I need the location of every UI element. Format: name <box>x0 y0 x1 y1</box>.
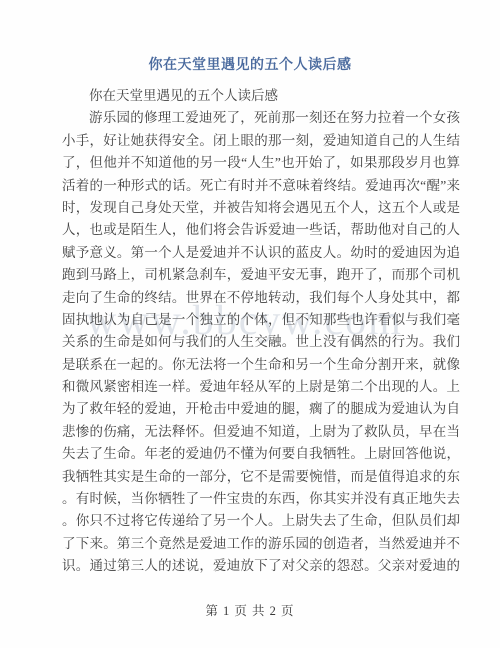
document-page: www.bbcyw.com 你在天堂里遇见的五个人读后感 你在天堂里遇见的五个人… <box>0 0 500 648</box>
body-line: 你在天堂里遇见的五个人读后感 <box>62 85 460 107</box>
body-line: 固执地认为自己是一个独立的个体，但不知那些也许看似与我们毫无 <box>62 309 460 331</box>
page-number-text: 第 1 页 共 2 页 <box>205 604 294 618</box>
body-line: 关系的生命是如何与我们的人生交融。世上没有偶然的行为。我们都 <box>62 331 460 353</box>
body-line: 。有时候，当你牺牲了一件宝贵的东西，你其实并没有真正地失去它 <box>62 488 460 510</box>
document-title: 你在天堂里遇见的五个人读后感 <box>0 54 500 74</box>
body-line: 跑到马路上，司机紧急刹车，爱迪平安无事，跑开了，而那个司机却 <box>62 264 460 286</box>
body-line: 人，也或是陌生人，他们将会告诉爱迪一些话，帮助他对自己的人生 <box>62 219 460 241</box>
body-line: 为了救年轻的爱迪，开枪击中爱迪的腿，瘸了的腿成为爱迪认为自己 <box>62 398 460 420</box>
body-line: 走向了生命的终结。世界在不停地转动，我们每个人身处其中，都曾 <box>62 287 460 309</box>
body-line: 我牺牲其实是生命的一部分，它不是需要惋惜，而是值得追求的东西 <box>62 466 460 488</box>
body-line: 。你只不过将它传递给了另一个人。上尉失去了生命，但队员们却活 <box>62 510 460 532</box>
body-line: 活着的一种形式的话。死亡有时并不意味着终结。爱迪再次“醒”来 <box>62 175 460 197</box>
document-body: 你在天堂里遇见的五个人读后感 游乐园的修理工爱迪死了，死前那一刻还在努力拉着一个… <box>62 85 460 578</box>
page-footer: 第 1 页 共 2 页 <box>0 601 500 619</box>
body-line: 失去了生命。年老的爱迪仍不懂为何要自我牺牲。上尉回答他说，自 <box>62 443 460 465</box>
body-line: 了，但他并不知道他的另一段“人生”也开始了，如果那段岁月也算 <box>62 152 460 174</box>
body-line: 悲惨的伤痛，无法释怀。但爱迪不知道，上尉为了救队员，早在当年 <box>62 421 460 443</box>
body-line: 时，发现自己身处天堂，并被告知将会遇见五个人，这五个人或是熟 <box>62 197 460 219</box>
body-line: 和微风紧密相连一样。爱迪年轻从军的上尉是第二个出现的人。上尉 <box>62 376 460 398</box>
body-line: 游乐园的修理工爱迪死了，死前那一刻还在努力拉着一个女孩的 <box>62 107 460 129</box>
body-line: 了下来。第三个竟然是爱迪工作的游乐园的创造者，当然爱迪并不认 <box>62 533 460 555</box>
body-line: 赋予意义。第一个人是爱迪并不认识的蓝皮人。幼时的爱迪因为追球 <box>62 242 460 264</box>
body-line: 是联系在一起的。你无法将一个生命和另一个生命分割开来，就像风 <box>62 354 460 376</box>
body-line: 识。通过第三人的述说，爱迪放下了对父亲的怨怼。父亲对爱迪的幼 <box>62 555 460 577</box>
body-line: 小手，好让她获得安全。闭上眼的那一刻，爱迪知道自己的人生结束 <box>62 130 460 152</box>
